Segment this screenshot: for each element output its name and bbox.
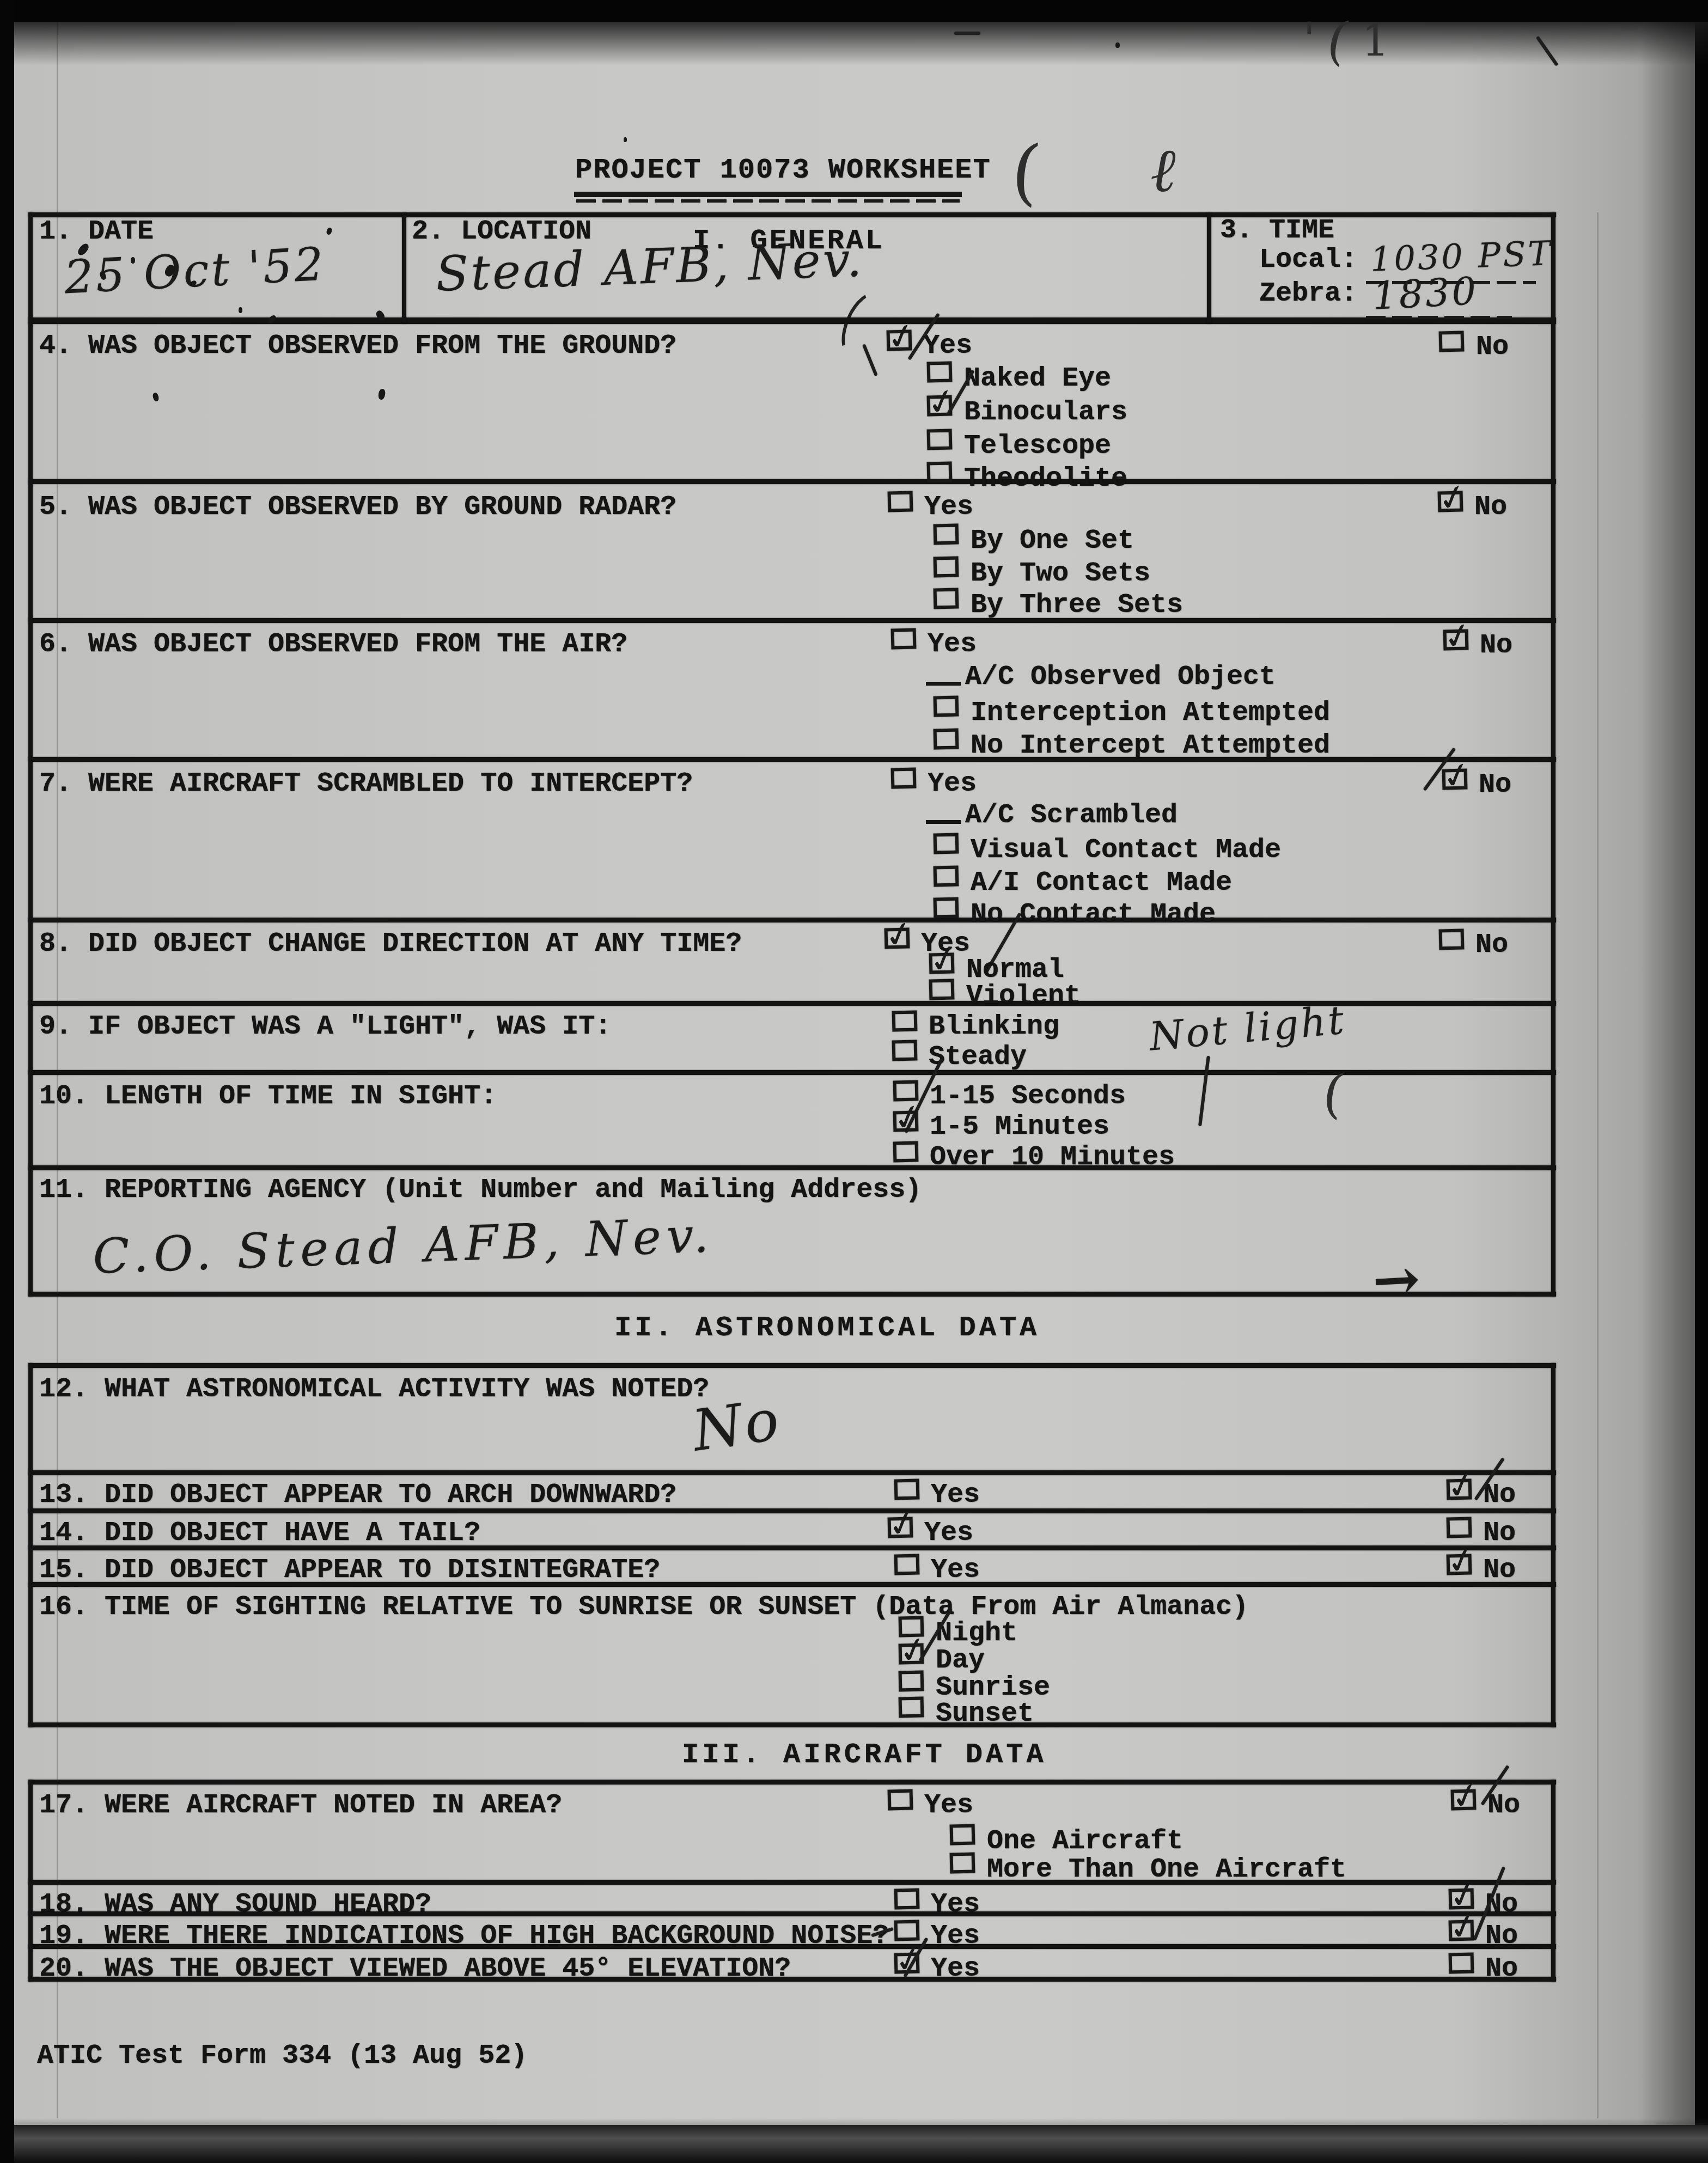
page-title: PROJECT 10073 WORKSHEET xyxy=(575,156,991,186)
question-19-label: 19. WERE THERE INDICATIONS OF HIGH BACKG… xyxy=(39,1922,889,1951)
q5-yes-label: Yes xyxy=(924,493,973,522)
q10-option-minutes-checkbox xyxy=(893,1111,919,1132)
table3-line xyxy=(28,1780,1556,1785)
question-8-label: 8. DID OBJECT CHANGE DIRECTION AT ANY TI… xyxy=(39,930,742,959)
time-local-label: Local: xyxy=(1259,246,1357,275)
table1-line xyxy=(28,918,1556,922)
q6-option-interception-label: Interception Attempted xyxy=(971,699,1330,728)
q7-no-checkbox xyxy=(1442,769,1468,790)
time-zebra-underline xyxy=(1366,316,1512,319)
q15-no-label: No xyxy=(1483,1556,1516,1585)
q6-option-interception-checkbox xyxy=(934,696,959,717)
q4-no-checkbox xyxy=(1439,331,1465,352)
table2-border-right xyxy=(1551,1363,1555,1727)
scan-shadow-right xyxy=(1639,22,1708,2125)
q16-option-night-label: Night xyxy=(936,1620,1017,1648)
q10-option-over10-label: Over 10 Minutes xyxy=(930,1144,1175,1172)
pencil-mark-one: 1 xyxy=(1362,15,1389,66)
q5-option-three-sets-checkbox xyxy=(934,588,959,609)
table1-line xyxy=(28,479,1556,484)
question-10-label: 10. LENGTH OF TIME IN SIGHT: xyxy=(39,1083,497,1111)
row1-divider xyxy=(1207,212,1211,323)
time-label: 3. TIME xyxy=(1220,217,1334,246)
q10-option-over10-checkbox xyxy=(893,1141,919,1163)
row1-divider xyxy=(402,212,406,323)
scan-line-artifact xyxy=(1597,212,1599,2118)
question-13-label: 13. DID OBJECT APPEAR TO ARCH DOWNWARD? xyxy=(39,1481,676,1510)
ink-speckle xyxy=(624,137,627,142)
question-12-label: 12. WHAT ASTRONOMICAL ACTIVITY WAS NOTED… xyxy=(39,1376,709,1404)
q4-option-theodolite-label: Theodolite xyxy=(964,465,1127,494)
question-6-label: 6. WAS OBJECT OBSERVED FROM THE AIR? xyxy=(39,631,627,659)
q8-yes-checkbox xyxy=(884,928,910,949)
q10-option-minutes-label: 1-5 Minutes xyxy=(930,1113,1109,1142)
q13-no-checkbox xyxy=(1447,1479,1472,1500)
q5-yes-checkbox xyxy=(888,491,913,512)
q5-option-three-sets-label: By Three Sets xyxy=(971,591,1183,620)
table2-line xyxy=(28,1722,1556,1727)
question-17-label: 17. WERE AIRCRAFT NOTED IN AREA? xyxy=(39,1792,562,1820)
q10-option-seconds-label: 1-15 Seconds xyxy=(930,1083,1126,1111)
q9-option-blinking-checkbox xyxy=(892,1011,918,1032)
q19-no-label: No xyxy=(1485,1922,1518,1951)
q6-option-no-intercept-checkbox xyxy=(934,729,959,750)
q7-option-ac-scrambled-label: A/C Scrambled xyxy=(965,802,1178,830)
q6-yes-checkbox xyxy=(891,628,917,650)
q17-no-label: No xyxy=(1487,1792,1520,1820)
q16-option-sunrise-checkbox xyxy=(899,1671,924,1692)
q8-option-normal-checkbox xyxy=(929,953,955,974)
table1-line xyxy=(28,1165,1556,1170)
q16-option-sunset-checkbox xyxy=(899,1697,924,1718)
date-label: 1. DATE xyxy=(39,218,154,247)
q7-option-visual-contact-label: Visual Contact Made xyxy=(971,836,1281,865)
q18-yes-label: Yes xyxy=(931,1891,980,1920)
time-zebra-value-handwritten: 1830 xyxy=(1371,268,1479,319)
table2-line xyxy=(28,1363,1556,1368)
table1-border-right xyxy=(1551,212,1555,1297)
q18-yes-checkbox xyxy=(894,1889,920,1910)
q17-option-more-aircraft-label: More Than One Aircraft xyxy=(987,1856,1346,1885)
q7-option-ai-contact-checkbox xyxy=(934,866,959,887)
q5-option-one-set-checkbox xyxy=(934,524,959,545)
ink-speckle xyxy=(283,272,287,277)
section-heading-astronomical: II. ASTRONOMICAL DATA xyxy=(614,1313,1040,1343)
table1-line xyxy=(28,1292,1556,1297)
q4-yes-label: Yes xyxy=(923,332,972,361)
q20-yes-label: Yes xyxy=(931,1955,980,1984)
q5-no-label: No xyxy=(1474,493,1507,522)
q4-option-naked-eye-label: Naked Eye xyxy=(964,365,1111,394)
q5-option-two-sets-checkbox xyxy=(934,557,959,578)
q17-yes-label: Yes xyxy=(924,1792,973,1820)
q17-option-one-aircraft-checkbox xyxy=(950,1824,975,1846)
q5-no-checkbox xyxy=(1438,491,1463,512)
q9-option-steady-checkbox xyxy=(892,1040,918,1061)
table1-line xyxy=(28,317,1556,324)
table1-border-left xyxy=(28,212,33,1297)
q5-option-one-set-label: By One Set xyxy=(971,527,1134,556)
q8-option-violent-checkbox xyxy=(929,979,955,1000)
q7-option-visual-contact-checkbox xyxy=(934,833,959,854)
q15-no-checkbox xyxy=(1447,1554,1472,1575)
q15-yes-checkbox xyxy=(894,1554,920,1575)
pencil-mark-tick: ' xyxy=(1303,13,1316,68)
scan-edge-bottom xyxy=(0,2118,1708,2163)
q14-no-label: No xyxy=(1483,1519,1516,1548)
scanned-worksheet-page: PROJECT 10073 WORKSHEET I. GENERAL ( ℓ '… xyxy=(0,0,1708,2163)
table3-border-right xyxy=(1551,1780,1555,1982)
question-7-label: 7. WERE AIRCRAFT SCRAMBLED TO INTERCEPT? xyxy=(39,770,693,799)
q7-option-ai-contact-label: A/I Contact Made xyxy=(971,869,1232,898)
q7-yes-label: Yes xyxy=(928,770,977,799)
q4-option-naked-eye-checkbox xyxy=(927,362,953,383)
ink-speckle xyxy=(131,257,135,264)
q4-option-theodolite-checkbox xyxy=(927,462,953,483)
scan-edge-left xyxy=(0,0,14,2163)
table3-border-left xyxy=(28,1780,33,1982)
question-20-label: 20. WAS THE OBJECT VIEWED ABOVE 45° ELEV… xyxy=(39,1955,791,1984)
time-zebra-label: Zebra: xyxy=(1259,280,1357,309)
question-5-label: 5. WAS OBJECT OBSERVED BY GROUND RADAR? xyxy=(39,493,676,522)
q13-no-label: No xyxy=(1483,1481,1516,1510)
q4-yes-checkbox xyxy=(887,330,912,351)
q14-yes-checkbox xyxy=(888,1517,913,1538)
q5-option-two-sets-label: By Two Sets xyxy=(971,560,1150,589)
pencil-mark-dash xyxy=(954,32,980,35)
q8-option-violent-label: Violent xyxy=(966,982,1081,1011)
question-18-label: 18. WAS ANY SOUND HEARD? xyxy=(39,1891,431,1920)
q7-ac-scrambled-blank xyxy=(926,820,961,824)
title-underline xyxy=(574,192,962,197)
question-4-label: 4. WAS OBJECT OBSERVED FROM THE GROUND? xyxy=(39,332,676,361)
q14-yes-label: Yes xyxy=(924,1519,973,1548)
question-9-label: 9. IF OBJECT WAS A "LIGHT", WAS IT: xyxy=(39,1013,611,1042)
q12-answer-handwritten: No xyxy=(688,1386,785,1464)
q7-option-no-contact-checkbox xyxy=(934,897,959,919)
question-15-label: 15. DID OBJECT APPEAR TO DISINTEGRATE? xyxy=(39,1556,660,1585)
q6-ac-observed-blank xyxy=(926,682,961,686)
scan-edge-top-fade xyxy=(0,22,1708,65)
q13-yes-checkbox xyxy=(894,1479,920,1500)
ink-speckle xyxy=(1115,42,1120,48)
q6-no-label: No xyxy=(1480,632,1512,661)
section-heading-aircraft: III. AIRCRAFT DATA xyxy=(682,1740,1047,1770)
q20-no-label: No xyxy=(1485,1955,1518,1984)
q4-option-telescope-label: Telescope xyxy=(964,432,1111,461)
question-16-label: 16. TIME OF SIGHTING RELATIVE TO SUNRISE… xyxy=(39,1593,1248,1622)
pen-arrow-mark: → xyxy=(1371,1245,1424,1315)
q9-option-blinking-label: Blinking xyxy=(929,1013,1059,1042)
q4-no-label: No xyxy=(1476,333,1509,362)
q8-no-label: No xyxy=(1475,931,1508,960)
scan-edge-top xyxy=(0,0,1708,22)
ink-speckle xyxy=(239,307,242,313)
q17-option-one-aircraft-label: One Aircraft xyxy=(987,1828,1183,1856)
q8-no-checkbox xyxy=(1439,929,1465,950)
q6-yes-label: Yes xyxy=(928,631,977,659)
form-number-footer: ATIC Test Form 334 (13 Aug 52) xyxy=(37,2042,527,2071)
q9-option-steady-label: Steady xyxy=(929,1043,1027,1072)
q6-option-ac-observed-label: A/C Observed Object xyxy=(965,663,1276,692)
q17-no-checkbox xyxy=(1451,1789,1477,1811)
pencil-mark-stroke: ℓ xyxy=(1150,135,1176,206)
q14-no-checkbox xyxy=(1447,1517,1472,1538)
question-11-label: 11. REPORTING AGENCY (Unit Number and Ma… xyxy=(39,1176,922,1205)
q6-option-no-intercept-label: No Intercept Attempted xyxy=(971,732,1330,761)
table2-border-left xyxy=(28,1363,33,1727)
q19-yes-label: Yes xyxy=(931,1922,980,1951)
question-14-label: 14. DID OBJECT HAVE A TAIL? xyxy=(39,1519,480,1548)
q7-yes-checkbox xyxy=(891,768,917,789)
q20-no-checkbox xyxy=(1449,1953,1474,1974)
q17-option-more-aircraft-checkbox xyxy=(950,1853,975,1874)
q19-no-checkbox xyxy=(1449,1920,1474,1941)
q7-no-label: No xyxy=(1479,771,1511,800)
q6-no-checkbox xyxy=(1443,630,1469,651)
q15-yes-label: Yes xyxy=(931,1556,980,1585)
table2-line xyxy=(28,1470,1556,1475)
q16-option-sunset-label: Sunset xyxy=(936,1700,1034,1729)
q16-option-day-label: Day xyxy=(936,1647,985,1676)
q4-option-telescope-checkbox xyxy=(927,429,953,450)
q17-yes-checkbox xyxy=(888,1789,913,1811)
q13-yes-label: Yes xyxy=(931,1481,980,1510)
title-underline-2 xyxy=(576,199,960,203)
table1-line xyxy=(28,618,1556,623)
q7-option-no-contact-label: No Contact Made xyxy=(971,901,1216,930)
q4-option-binoculars-label: Binoculars xyxy=(964,399,1127,427)
